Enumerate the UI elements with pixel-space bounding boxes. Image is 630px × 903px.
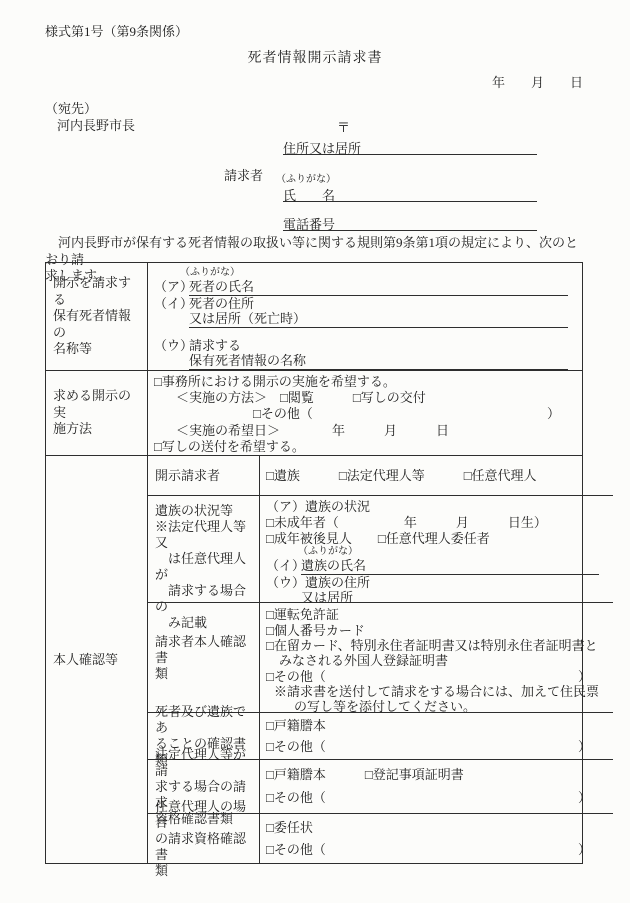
checkbox-legal-other: □その他（ ） [266, 790, 599, 806]
legal-representative-content: □戸籍謄本 □登記事項証明書 □その他（ ） [260, 760, 613, 813]
checkbox-residence-card-line2: みなされる外国人登録証明書 [266, 653, 599, 668]
checkbox-copy-mailing: □写しの送付を希望する。 [154, 439, 568, 455]
section-header-requested-info: 開示を請求する 保有死者情報の 名称等 [46, 263, 148, 370]
phone-label: 電話番号 [283, 217, 335, 232]
checkbox-power-of-attorney: □委任状 [266, 820, 599, 836]
field-deceased-address-line2: 又は居所（死亡時） [154, 311, 568, 328]
identity-documents-content: □運転免許証 □個人番号カード □在留カード、特別永住者証明書又は特別永住者証明… [260, 603, 613, 712]
mailing-note-line2: の写し等を添付してください。 [266, 699, 599, 712]
field-requested-name-line2: 保有死者情報の名称 [154, 353, 568, 370]
label-requester-type: 開示請求者 [148, 456, 260, 495]
field-deceased-name: （ア） 死者の氏名 [154, 279, 568, 296]
name-label: 氏 名 [283, 188, 335, 203]
mailing-note-line1: ※請求書を送付して請求をする場合には、加えて住民票 [266, 684, 599, 699]
form-title: 死者情報開示請求書 [0, 47, 630, 67]
address-field: 住所又は居所 [283, 138, 537, 155]
requested-info-content: （ふりがな） （ア） 死者の氏名 （イ） 死者の住所 又は居所（死亡時） （ウ）… [148, 263, 582, 370]
checkbox-residence-card-line1: □在留カード、特別永住者証明書又は特別永住者証明書と [266, 638, 599, 653]
checkbox-register-or-certificate: □戸籍謄本 □登記事項証明書 [266, 767, 599, 783]
row-requested-info: 開示を請求する 保有死者情報の 名称等 （ふりがな） （ア） 死者の氏名 （イ）… [46, 263, 582, 370]
subrow-bereaved-status: 遺族の状況等 ※法定代理人等又 は任意代理人が 請求する場合の み記載 （ア）遺… [148, 495, 613, 602]
checkbox-identity-other: □その他（ ） [266, 669, 599, 684]
subrow-voluntary-representative-documents: 任意代理人の場合 の請求資格確認書 類 □委任状 □その他（ ） [148, 813, 613, 863]
postal-mark: 〒 [337, 117, 350, 136]
furigana-label: （ふりがな） [266, 546, 599, 558]
label-voluntary-representative-documents: 任意代理人の場合 の請求資格確認書 類 [148, 814, 260, 863]
form-page: 様式第1号（第9条関係） 死者情報開示請求書 年 月 日 （宛先） 河内長野市長… [0, 0, 630, 903]
field-requested-name-line1: （ウ） 請求する [154, 338, 568, 354]
field-deceased-address-line1: （イ） 死者の住所 [154, 296, 568, 312]
voluntary-representative-content: □委任状 □その他（ ） [260, 814, 613, 863]
name-field: 氏 名 [283, 185, 537, 202]
bereaved-situation-label: （ア）遺族の状況 [266, 499, 599, 515]
subrow-identity-documents: 請求者本人確認書 類 □運転免許証 □個人番号カード □在留カード、特別永住者証… [148, 602, 613, 712]
addressee-name: 河内長野市長 [57, 115, 135, 134]
form-number: 様式第1号（第9条関係） [45, 21, 188, 40]
requester-label: 請求者 [224, 165, 263, 184]
subrow-requester-type: 開示請求者 □遺族 □法定代理人等 □任意代理人 [148, 456, 613, 495]
address-label: 住所又は居所 [283, 141, 361, 156]
desired-date-line: ＜実施の希望日＞ 年 月 日 [154, 423, 568, 439]
field-bereaved-name: （イ） 遺族の氏名 [266, 558, 599, 575]
method-options: ＜実施の方法＞ □閲覧 □写しの交付 [154, 390, 568, 406]
checkbox-minor: □未成年者（ 年 月 日生） [266, 515, 599, 531]
row-identity-verification: 本人確認等 開示請求者 □遺族 □法定代理人等 □任意代理人 遺族の状況等 ※法… [46, 455, 582, 863]
bereaved-status-content: （ア）遺族の状況 □未成年者（ 年 月 日生） □成年被後見人 □任意代理人委任… [260, 496, 613, 602]
checkbox-method-other: □その他（ ） [154, 406, 568, 422]
checkbox-office-disclosure: □事務所における開示の実施を希望する。 [154, 374, 568, 390]
field-bereaved-address-line1: （ウ）遺族の住所 [266, 575, 599, 591]
checkbox-mynumber-card: □個人番号カード [266, 623, 599, 638]
checkbox-drivers-license: □運転免許証 [266, 607, 599, 622]
date-line: 年 月 日 [492, 72, 583, 91]
section-header-disclosure-method: 求める開示の実 施方法 [46, 371, 148, 456]
furigana-label: （ふりがな） [154, 267, 568, 279]
checkbox-voluntary-other: □その他（ ） [266, 842, 599, 858]
field-bereaved-address-line2: 又は居所 [266, 590, 599, 602]
requester-type-options: □遺族 □法定代理人等 □任意代理人 [266, 468, 537, 484]
checkbox-relation-other: □その他（ ） [266, 739, 599, 755]
label-identity-documents: 請求者本人確認書 類 [148, 603, 260, 712]
phone-field: 電話番号 [283, 214, 537, 231]
checkbox-family-register: □戸籍謄本 [266, 718, 599, 734]
label-bereaved-status: 遺族の状況等 ※法定代理人等又 は任意代理人が 請求する場合の み記載 [148, 496, 260, 602]
disclosure-request-table: 開示を請求する 保有死者情報の 名称等 （ふりがな） （ア） 死者の氏名 （イ）… [45, 262, 583, 864]
disclosure-method-content: □事務所における開示の実施を希望する。 ＜実施の方法＞ □閲覧 □写しの交付 □… [148, 371, 582, 456]
furigana-label: （ふりがな） [276, 170, 336, 185]
checkbox-adult-ward: □成年被後見人 □任意代理人委任者 [266, 531, 599, 547]
row-disclosure-method: 求める開示の実 施方法 □事務所における開示の実施を希望する。 ＜実施の方法＞ … [46, 370, 582, 456]
relation-documents-content: □戸籍謄本 □その他（ ） [260, 713, 613, 759]
section-header-identity: 本人確認等 [46, 456, 148, 863]
